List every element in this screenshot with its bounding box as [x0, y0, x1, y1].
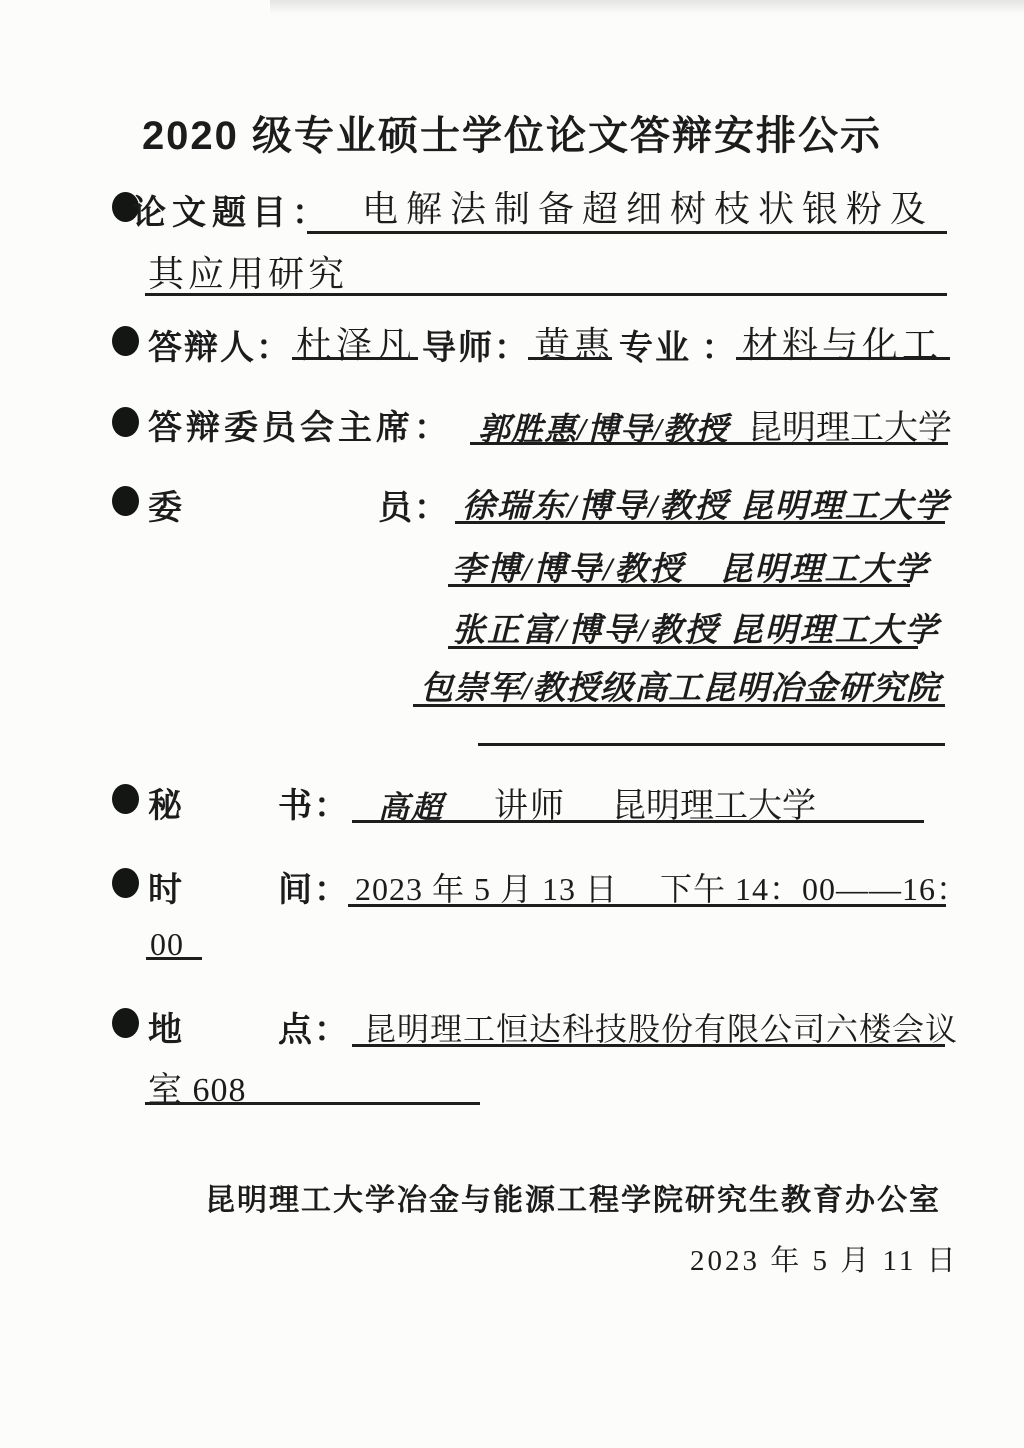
secretary-label-rest: 书： [278, 778, 350, 827]
underline-rule [470, 442, 948, 445]
underline-rule [145, 1102, 480, 1105]
underline-rule [448, 584, 910, 587]
thesis-title-line2: 其应用研究 [148, 246, 348, 297]
underline-rule-blank [478, 743, 945, 746]
bullet-icon [112, 784, 139, 814]
underline-rule [145, 293, 947, 296]
bullet-icon [112, 1008, 139, 1038]
location-label-char: 地 [148, 1002, 188, 1051]
underline-rule [455, 521, 945, 524]
defender-name: 杜泽凡 [296, 317, 416, 368]
underline-rule [292, 357, 418, 360]
underline-rule [448, 646, 918, 649]
committee-member: 徐瑞东/博导/教授 昆明理工大学 [462, 480, 950, 527]
committee-member: 张正富/博导/教授 昆明理工大学 [452, 604, 940, 651]
time-label-char: 时 [148, 862, 188, 911]
bullet-icon [112, 486, 139, 516]
time-label-rest: 间： [278, 862, 350, 911]
underline-rule [146, 957, 202, 960]
bullet-icon [112, 868, 139, 898]
committee-label-rest: 员： [378, 480, 450, 529]
underline-rule [307, 231, 947, 234]
page-title: 2020 级专业硕士学位论文答辩安排公示 [0, 104, 1024, 161]
advisor-name: 黄惠 [534, 317, 614, 368]
chair-label: 答辩委员会主席： [148, 400, 452, 449]
thesis-label: 论文题目： [132, 185, 332, 234]
underline-rule [528, 357, 612, 360]
major-label: 专业 ： [619, 320, 738, 369]
footer-date: 2023 年 5 月 11 日 [690, 1238, 959, 1279]
committee-label-char: 委 [148, 480, 188, 529]
footer-office: 昆明理工大学冶金与能源工程学院研究生教育办公室 [205, 1175, 941, 1219]
committee-member: 包崇军/教授级高工昆明冶金研究院 [420, 662, 940, 709]
defender-label: 答辩人： [148, 320, 292, 369]
advisor-label: 导师： [422, 320, 530, 369]
underline-rule [736, 357, 950, 360]
committee-member: 李博/博导/教授 昆明理工大学 [452, 543, 929, 590]
underline-rule [352, 820, 924, 823]
thesis-title-line1: 电解法制备超细树枝状银粉及 [362, 181, 934, 232]
bullet-icon [112, 326, 139, 356]
underline-rule [348, 904, 946, 907]
underline-rule [413, 704, 945, 707]
bullet-icon [112, 407, 139, 437]
major-value: 材料与化工 [742, 317, 942, 368]
scan-artifact [270, 0, 1024, 14]
document-page: 2020 级专业硕士学位论文答辩安排公示 论文题目： 电解法制备超细树枝状银粉及… [0, 0, 1024, 1448]
secretary-label-char: 秘 [148, 778, 188, 827]
underline-rule [352, 1044, 945, 1047]
location-label-rest: 点： [278, 1002, 350, 1051]
